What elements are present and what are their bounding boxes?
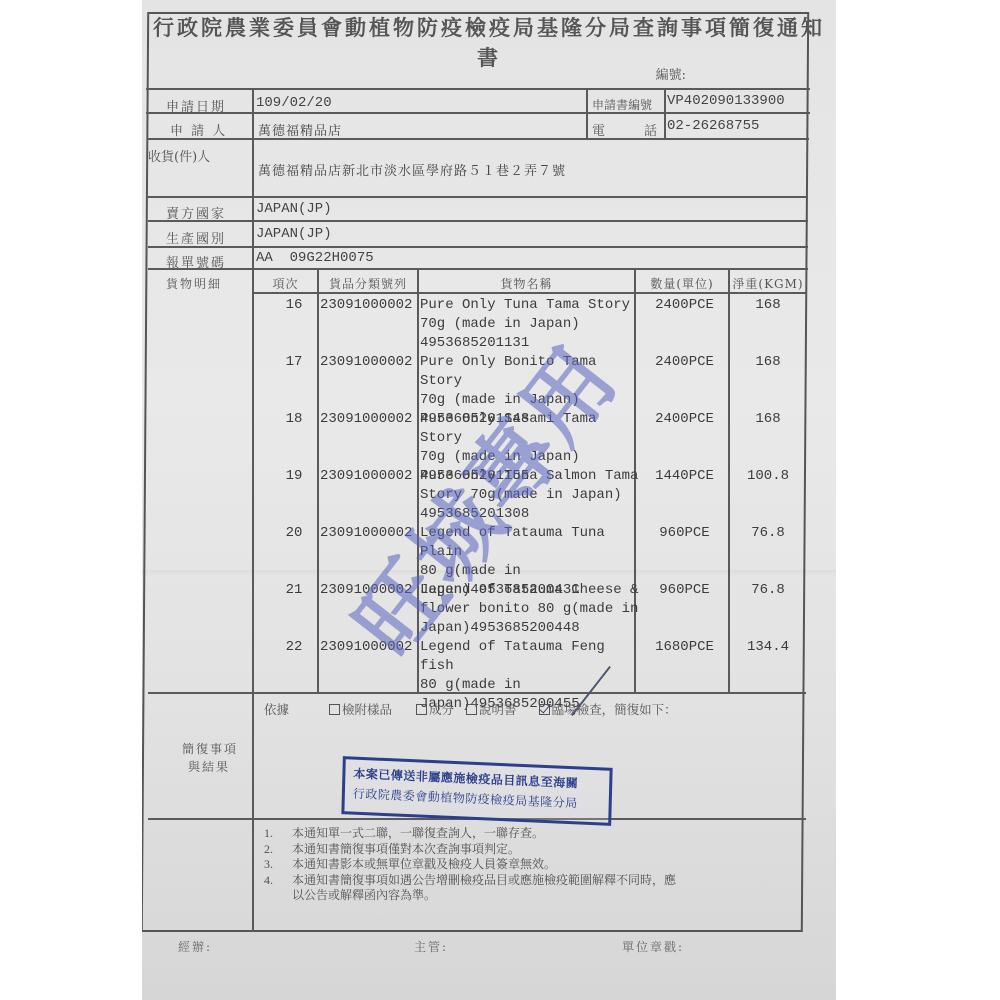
classification-code: 23091000002 [320, 467, 412, 486]
net-weight: 76.8 [732, 524, 804, 543]
declaration-no-value: AA 09G22H0075 [256, 250, 374, 266]
net-weight: 168 [732, 296, 804, 315]
reply-section-label-line1: 簡復事項 [182, 740, 238, 757]
net-weight: 168 [732, 410, 804, 429]
seller-country-label: 賣方國家 [166, 203, 226, 222]
goods-section-label: 貨物明細 [166, 275, 222, 292]
note-item: 3.本通知書影本或無單位章戳及檢疫人員簽章無效。 [264, 857, 676, 873]
item-number: 20 [274, 524, 314, 543]
divider [146, 88, 810, 90]
goods-name: Legend of Tatauma Cheese & flower bonito… [420, 581, 644, 638]
quantity: 1440PCE [637, 467, 732, 486]
column-header-net-weight: 淨重(KGM) [730, 275, 806, 292]
option-sample[interactable]: 檢附樣品 [329, 700, 392, 718]
goods-name: Pure Only Tuna Tama Story 70g (made in J… [420, 296, 644, 353]
divider [317, 268, 319, 692]
quantity: 2400PCE [637, 353, 732, 372]
application-no-label: 申請書編號 [592, 96, 652, 113]
quantity: 2400PCE [637, 410, 732, 429]
note-item: 1.本通知單一式二聯，一聯復查詢人，一聯存查。 [264, 826, 676, 842]
column-header-code: 貨品分類號列 [319, 275, 417, 292]
applicant-label: 申 請 人 [170, 120, 227, 139]
net-weight: 100.8 [732, 467, 804, 486]
divider [148, 220, 808, 222]
item-number: 22 [274, 638, 314, 657]
quantity: 1680PCE [637, 638, 732, 657]
phone-label: 電 話 [592, 120, 657, 139]
item-number: 21 [274, 581, 314, 600]
origin-country-label: 生產國別 [166, 228, 226, 247]
customs-notice-stamp: 本案已傳送非屬應施檢疫品目訊息至海關 行政院農委會動植物防疫檢疫局基隆分局 [341, 756, 612, 826]
notes-list: 1.本通知單一式二聯，一聯復查詢人，一聯存查。 2.本通知書簡復事項僅對本次查詢… [264, 826, 676, 904]
classification-code: 23091000002 [320, 581, 412, 600]
consignee-label: 收貨(件)人 [148, 146, 210, 165]
net-weight: 76.8 [732, 581, 804, 600]
declaration-no-label: 報單號碼 [166, 252, 226, 271]
classification-code: 23091000002 [320, 353, 412, 372]
quantity: 2400PCE [637, 296, 732, 315]
checkbox-icon [416, 704, 427, 715]
divider [147, 138, 809, 140]
goods-name: Pure Only Tuna Salmon Tama Story 70g(mad… [420, 467, 644, 524]
item-number: 16 [274, 296, 314, 315]
divider [148, 196, 808, 198]
quantity: 960PCE [637, 524, 732, 543]
net-weight: 134.4 [732, 638, 804, 657]
option-ingredients[interactable]: 成分 [416, 700, 454, 718]
item-number: 17 [274, 353, 314, 372]
checkbox-checked-icon [539, 704, 550, 715]
classification-code: 23091000002 [320, 638, 412, 657]
divider [586, 88, 588, 138]
item-number: 18 [274, 410, 314, 429]
checkbox-icon [466, 704, 477, 715]
basis-options: 依據 檢附樣品 成分 說明書 臨場檢查，簡復如下： [264, 700, 677, 718]
classification-code: 23091000002 [320, 410, 412, 429]
option-onsite-inspection[interactable]: 臨場檢查，簡復如下： [539, 700, 677, 718]
divider [254, 292, 806, 294]
divider [417, 268, 419, 692]
note-item: 4.本通知書簡復事項如遇公告增刪檢疫品目或應施檢疫範圍解釋不同時，應 [264, 873, 676, 889]
document-paper: 行政院農業委員會動植物防疫檢疫局基隆分局查詢事項簡復通知書 編號: 申請日期 1… [142, 0, 836, 1000]
seller-country-value: JAPAN(JP) [256, 201, 332, 217]
divider [148, 246, 808, 248]
divider [146, 112, 810, 114]
net-weight: 168 [732, 353, 804, 372]
reply-section-label-line2: 與結果 [188, 758, 230, 775]
unit-seal-label: 單位章戳: [622, 938, 684, 955]
item-number: 19 [274, 467, 314, 486]
column-header-name: 貨物名稱 [419, 275, 634, 292]
note-item-continuation: 以公告或解釋函內容為準。 [264, 888, 676, 904]
phone-value: 02-26268755 [667, 118, 759, 134]
apply-date-value: 109/02/20 [256, 95, 332, 111]
basis-label: 依據 [264, 700, 289, 718]
supervisor-signature-label: 主管: [414, 938, 448, 955]
column-header-quantity: 數量(單位) [636, 275, 728, 292]
quantity: 960PCE [637, 581, 732, 600]
classification-code: 23091000002 [320, 296, 412, 315]
divider [664, 88, 666, 138]
divider [148, 268, 808, 270]
column-header-item: 項次 [254, 275, 317, 292]
apply-date-label: 申請日期 [166, 96, 226, 115]
application-no-value: VP402090133900 [667, 93, 785, 109]
classification-code: 23091000002 [320, 524, 412, 543]
applicant-value: 萬德福精品店 [258, 120, 342, 139]
handler-signature-label: 經辦: [178, 938, 212, 955]
origin-country-value: JAPAN(JP) [256, 226, 332, 242]
consignee-value: 萬德福精品店新北市淡水區學府路５１巷２弄７號 [258, 160, 566, 179]
divider [252, 88, 254, 932]
checkbox-icon [329, 704, 340, 715]
option-manual[interactable]: 說明書 [466, 700, 517, 718]
note-item: 2.本通知書簡復事項僅對本次查詢事項判定。 [264, 842, 676, 858]
